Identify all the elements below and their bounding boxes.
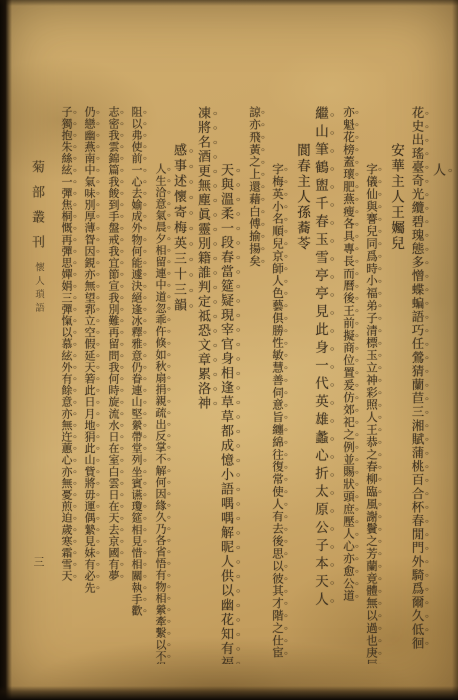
text-column-15: 志密我雲錦篇我餕到手盤戒我宜節宣我別難再留問我何時旋流水日在室白雲日在天去京國有…	[103, 106, 125, 664]
text-column-4: 字儀仙與謇兒同爲時小福弟子清標玉立神彩照人王恭之春柳臨風謝鬢之芳蘭竟體無以過也庚…	[361, 163, 383, 664]
text-column-17: 子獨抱朱絲絃一彈焦桐慨再彈思嬋娟三彈愾以慕絃外有餘意亦無迕蕙心亦無憂煎迫歲寒霜雪…	[56, 106, 78, 664]
text-area: 人花史出瑤臺奇光纜碧瑰態多憎蝶蝙語巧任鶯猜蘭苣三湘賦蒲桃百合杯春閒門外騎爲爾久低…	[0, 0, 458, 700]
text-column-12: 感事述懷寄梅英三十三韻	[173, 143, 195, 664]
text-column-2: 花史出瑤臺奇光纜碧瑰態多憎蝶蝙語巧任鶯猜蘭苣三湘賦蒲桃百合杯春閒門外騎爲爾久低徊	[408, 106, 430, 664]
text-column-5: 亦魁花榜蓋瓌肥燕瘦各具專長而曆後王前擬商位置爰仿郊祀之例並賜狀頭庶壓人心亦愈公道	[338, 106, 360, 664]
text-column-11: 凍將名酒更無塵眞靈別籍誰判定祗恐文章累洛神	[197, 106, 219, 664]
text-column-14: 阻以弗使前一心去媮成外物何能遽決絕逢冰釋雅意仍眷連山堅縈帶堂列坐賓䜩瓊筵相見惜相…	[126, 106, 148, 664]
text-column-13: 人生洽意氣晨夕相留連中道忽乖仵倏如秋扇捐親疏出反掌不解何因緣久乃各省悟有物相縈牽…	[150, 163, 172, 664]
text-column-16: 仍戀幽燕南中氣味別厚薄眢因鋧亦無望郛立空假延天箬此日月地狷此山貲將毋運偶縶見妹有…	[79, 106, 101, 664]
text-column-7: 閬春主人孫蕎苓	[291, 143, 313, 664]
series-title: 菊部叢刊	[28, 160, 47, 260]
text-column-10: 天與溫柔一段春當筵疑現宰官身相逢草草都成憶小語喁喁解昵人供以幽花知有福	[220, 163, 242, 664]
page-number: 三	[30, 556, 46, 567]
text-column-9: 諒亦飛黃之上還藉白傅揄揚矣	[244, 106, 266, 664]
text-column-6: 繼山筆鶴盥千春玉雪亭亭見此身一代英雄蠡心折太原公子本天人	[314, 106, 336, 664]
text-column-3: 安華主人王孎兒	[385, 143, 407, 664]
text-column-8: 字梅英小名順兒京師人色藝俱勝性敏慧善伺意旨纏綿往復常使人有去後思以彼其才階之仕宦	[267, 163, 289, 664]
section-title: 懷人瑣語	[31, 262, 45, 316]
text-column-1: 人	[432, 163, 454, 664]
